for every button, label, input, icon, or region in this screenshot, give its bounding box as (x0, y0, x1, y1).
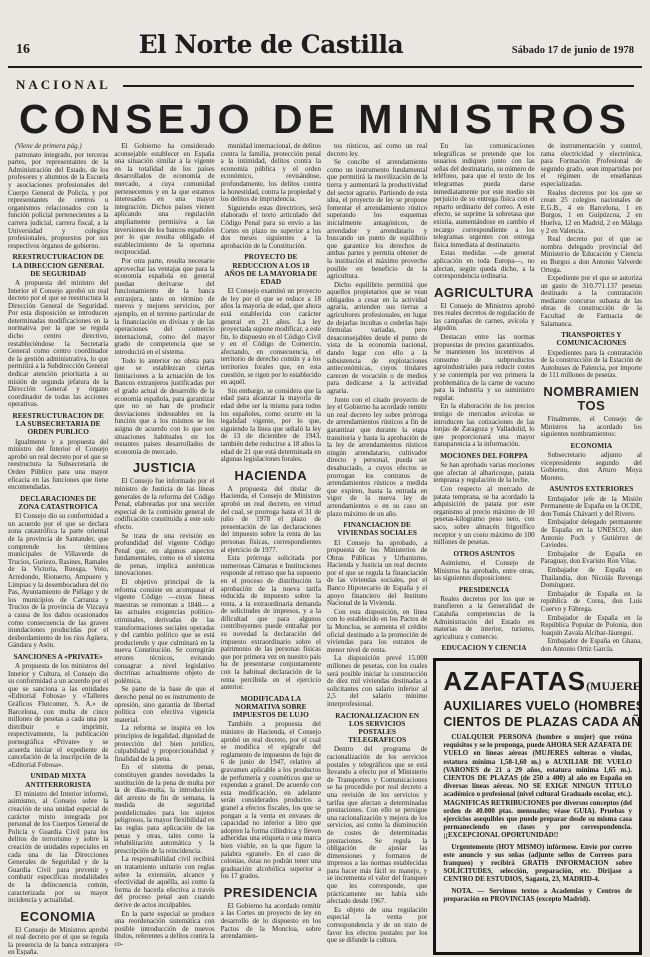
section-label: NACIONAL (16, 77, 111, 93)
paragraph: En las comunicaciones telegráficas se pr… (433, 143, 534, 249)
paragraph: de instrumentación y control, rama elect… (541, 143, 642, 189)
subheading: EDUCACION Y CIENCIA (436, 644, 531, 652)
page-number: 16 (16, 42, 30, 58)
paragraph: Se trata de una revisión en profundidad … (114, 533, 214, 579)
column-3: munidad internacional, de delitos contra… (221, 143, 321, 955)
column-5: En las comunicaciones telegráficas se pr… (433, 143, 534, 653)
paragraph: Sin embargo, se considera que la edad pa… (221, 388, 321, 464)
paragraph: El Consejo de Ministros aprobó tres real… (433, 303, 534, 333)
column-2: El Gobierno ha considerado aconsejable e… (114, 143, 214, 955)
paragraph: La disposición prevé 15.000 millones de … (327, 655, 427, 708)
paragraph: Asimismo, el Consejo de Ministros ha apr… (433, 560, 534, 583)
subheading: PROYECTO DE REDUCCION A LOS 18 AÑOS DE L… (224, 253, 318, 286)
right-columns: En las comunicaciones telegráficas se pr… (433, 143, 642, 653)
paragraph: Real decreto por el que se nombra delega… (541, 236, 642, 274)
paragraph: A propuesta del titular de Hacienda, el … (221, 486, 321, 554)
masthead: El Norte de Castilla (139, 30, 404, 59)
subheading: TRANSPORTES Y COMUNICACIONES (544, 331, 639, 347)
paragraph: Es objeto de una regulación especial la … (327, 907, 427, 945)
column-1: (Viene de primera pág.)patronato integra… (8, 143, 108, 955)
paragraph: Reales decretos por los que se crean 25 … (541, 190, 642, 236)
subheading: ECONOMIA (544, 442, 639, 450)
subheading: UNIDAD MIXTA ANTITERRORISTA (11, 772, 105, 788)
paragraph: tos rústicos, así como un real decreto l… (327, 143, 427, 158)
main-headline: CONSEJO DE MINISTROS (0, 99, 650, 139)
paragraph: Embajador de España en la república de C… (541, 591, 642, 614)
paragraph: El Consejo de Ministros aprobó el real d… (8, 927, 108, 955)
ad-subtitle-2: CIENTOS DE PLAZAS CADA AÑO (443, 715, 632, 729)
subheading: DECLARACIONES DE ZONA CATASTROFICA (11, 495, 105, 511)
section-rule (123, 85, 634, 87)
paragraph: Subsecretario adjunto al vicepresidente … (541, 452, 642, 482)
paragraph: Se han aprobado varias mociones que afec… (433, 462, 534, 485)
paragraph: Siguiendo estas directrices, será elabor… (221, 205, 321, 251)
ad-header: AZAFATAS (MUJERES) (443, 666, 632, 697)
paragraph: Finalmente, el Consejo de Ministros ha a… (541, 416, 642, 439)
paragraph: Embajador de España en la República Popu… (541, 615, 642, 638)
subheading: REESTRUCTURACION DE LA SUBSECRETARIA DE … (11, 412, 105, 437)
paragraph: En el sistema de penas, constituyen gran… (114, 764, 214, 855)
subheading: PRESIDENCIA (436, 586, 531, 594)
subheading: MODIFICADA LA NORMATIVA SOBRE IMPUESTOS … (224, 695, 318, 720)
paragraph: Se parte de la base de que el derecho pe… (114, 686, 214, 724)
paragraph: La reforma se inspira en los principios … (114, 725, 214, 763)
section-heading: JUSTICIA (114, 461, 214, 475)
paragraph: En la elaboración de los precios testigo… (433, 403, 534, 449)
right-column-group: En las comunicaciones telegráficas se pr… (433, 143, 642, 955)
subheading: FINANCIACION DE VIVIENDAS SOCIALES (330, 521, 424, 537)
paragraph: El Consejo dio su conformidad a un acuer… (8, 513, 108, 650)
paragraph: El ministro del Interior informó, asimis… (8, 791, 108, 905)
page-header: 16 El Norte de Castilla Sábado 17 de jun… (0, 30, 650, 59)
issue-date: Sábado 17 de junio de 1978 (512, 45, 634, 56)
subheading: RACIONALIZACION EN LOS SERVICIOS POSTALE… (330, 712, 424, 745)
paragraph: A propuesta de los ministros del Interio… (8, 663, 108, 769)
section-heading: ECONOMIA (8, 910, 108, 924)
paragraph: Destacan entre las normas propuestas de … (433, 334, 534, 402)
paragraph: Expedientes para la contratación de la c… (541, 350, 642, 380)
paragraph: En la parte especial se produce una reor… (114, 911, 214, 949)
ad-subtitle-1: AUXILIARES VUELO (HOMBRES) (443, 699, 632, 713)
subheading: ASUNTOS EXTERIORES (544, 485, 639, 493)
paragraph: El Consejo examinó un proyecto de ley po… (221, 288, 321, 387)
paragraph: Embajador de España en Paraguay, don Eva… (541, 551, 642, 566)
paragraph: Con respecto al mercado de patata tempra… (433, 486, 534, 547)
ad-body: CUALQUIER PERSONA (hombre o mujer) que r… (443, 733, 632, 906)
paragraph: munidad internacional, de delitos contra… (221, 143, 321, 204)
paragraph: patronato integrado, por terceras partes… (8, 152, 108, 251)
paragraph: También a propuesta del ministro de Haci… (221, 721, 321, 880)
continuation-note: (Viene de primera pág.) (8, 143, 108, 151)
column-4: tos rústicos, así como un real decreto l… (327, 143, 427, 955)
paragraph: Embajador delegado permanente de España … (541, 519, 642, 549)
section-heading: AGRICULTURA (433, 286, 534, 300)
paragraph: Se concibe el arrendamiento como un inst… (327, 159, 427, 281)
paragraph: Embajador de España en Thailandia, don N… (541, 567, 642, 590)
column-6: de instrumentación y control, rama elect… (541, 143, 642, 653)
paragraph: Dicho equilibrio permitirá que aquellos … (327, 282, 427, 396)
paragraph: Junto con el citado proyecto de ley el G… (327, 397, 427, 519)
section-heading: NOMBRAMIENTOS (541, 385, 642, 413)
paragraph: Estas medidas —de general aplicación en … (433, 250, 534, 280)
paragraph: Reales decretos por los que se transfier… (433, 596, 534, 642)
azafatas-advertisement: AZAFATAS (MUJERES) AUXILIARES VUELO (HOM… (433, 658, 642, 955)
subheading: MOCIONES DEL FORPPA (436, 452, 531, 460)
subheading: REESTRUCTURACION DE LA DIRECCION GENERAL… (11, 253, 105, 278)
paragraph: Expediente por el que se autoriza un gas… (541, 275, 642, 328)
ad-paragraph: NOTA. — Servimos textos a Academias y Ce… (443, 887, 632, 903)
paragraph: Embajador jefe de la Misión Permanente d… (541, 496, 642, 519)
section-heading: HACIENDA (221, 469, 321, 483)
subheading: SANCIONES A «PRIVATE» (11, 653, 105, 661)
ad-paragraph: Urgentemente (HOY MISMO) infórmese. Enví… (443, 843, 632, 884)
section-heading: PRESIDENCIA (221, 886, 321, 900)
paragraph: Embajador de España en Ghana, don Antoni… (541, 638, 642, 653)
paragraph: Todo lo anterior no obsta para que se es… (114, 358, 214, 457)
paragraph: El Consejo ha aprobado, a propuesta de l… (327, 540, 427, 608)
ad-paragraph: CUALQUIER PERSONA (hombre o mujer) que r… (443, 733, 632, 840)
paragraph: La responsabilidad civil recibirá un tra… (114, 856, 214, 909)
section-row: NACIONAL (0, 68, 650, 93)
paragraph: Igualmente y a propuesta del ministro de… (8, 439, 108, 492)
paragraph: Esta prórroga solicitada por numerosas C… (221, 555, 321, 692)
paragraph: Dentro del programa de racionalización d… (327, 746, 427, 905)
ad-title: AZAFATAS (443, 666, 586, 697)
paragraph: El Gobierno ha acordado remitir a las Co… (221, 903, 321, 941)
paragraph: A propuesta del ministro del Interior el… (8, 280, 108, 409)
paragraph: El objetivo principal de la reforma cons… (114, 579, 214, 685)
article-body: (Viene de primera pág.)patronato integra… (0, 141, 650, 955)
paragraph: El Consejo fue informado por el ministro… (114, 478, 214, 531)
subheading: OTROS ASUNTOS (436, 550, 531, 558)
paragraph: Con esta disposición, en línea con lo es… (327, 609, 427, 655)
newspaper-page: 16 El Norte de Castilla Sábado 17 de jun… (0, 0, 650, 957)
ad-title-suffix: (MUJERES) (586, 679, 642, 694)
paragraph: Por otra parte, resulta necesario aprove… (114, 258, 214, 357)
paragraph: El Gobierno ha considerado aconsejable e… (114, 143, 214, 257)
